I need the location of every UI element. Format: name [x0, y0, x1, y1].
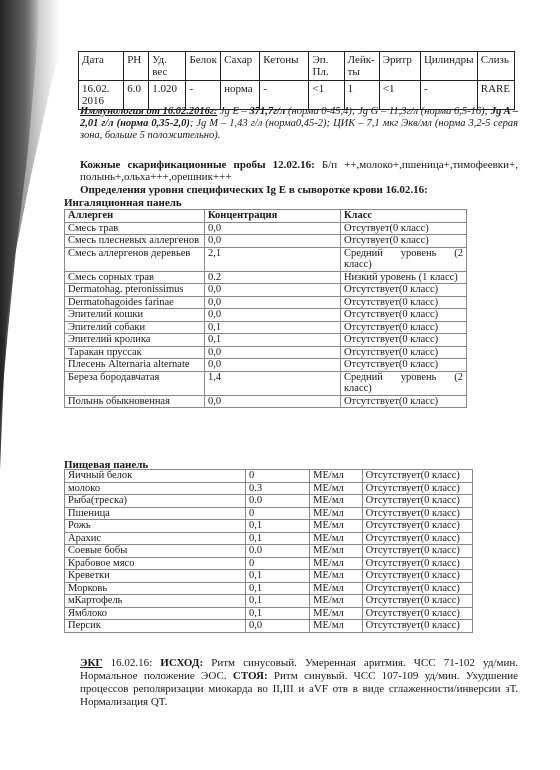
table-cell: 0: [245, 557, 309, 570]
table-cell: Плесень Alternaria alternate: [65, 359, 205, 372]
table-cell: Концентрация: [204, 210, 340, 223]
table-cell: 0,1: [245, 582, 309, 595]
table-cell: Отсутствует(0 класс): [340, 359, 466, 372]
table-cell: Морковь: [65, 582, 246, 595]
table-cell: Отсутствует(0 класс): [362, 495, 472, 508]
table-cell: 0,0: [204, 309, 340, 322]
table-cell: 0,1: [245, 570, 309, 583]
table-cell: молоко: [65, 482, 246, 495]
table-row: Персик0,0МЕ/млОтсутствует(0 класс): [65, 620, 473, 633]
table-row: Полынь обыкновенная0,0Отсутствует(0 клас…: [65, 395, 467, 408]
table-cell: 0,0: [245, 620, 309, 633]
table-cell: МЕ/мл: [310, 520, 363, 533]
table-cell: 2,1: [204, 247, 340, 271]
table-cell: Ямблоко: [65, 607, 246, 620]
table-cell: МЕ/мл: [310, 570, 363, 583]
table-row: Эпителий кролика0,1Отсутствует(0 класс): [65, 334, 467, 347]
table-row: Dermatohagoides farinae0,0Отсутствует(0 …: [65, 296, 467, 309]
table-cell: Отсутствует(0 класс): [362, 582, 472, 595]
table-cell: Кетоны: [260, 52, 309, 81]
specific-ige-title: Определения уровня специфических Ig E в …: [80, 184, 518, 196]
table-cell: Уд. вес: [149, 52, 186, 81]
table-cell: МЕ/мл: [310, 545, 363, 558]
table-cell: Цилиндры: [420, 52, 477, 81]
table-cell: 0.0: [245, 545, 309, 558]
table-cell: Креветки: [65, 570, 246, 583]
table-cell: Отсутствует(0 класс): [340, 309, 466, 322]
inhalation-panel-title: Ингаляционная панель: [64, 197, 182, 209]
table-cell: Эпителий собаки: [65, 321, 205, 334]
table-row: Эпителий кошки0,0Отсутствует(0 класс): [65, 309, 467, 322]
table-cell: Сахар: [221, 52, 260, 81]
table-cell: 0.3: [245, 482, 309, 495]
ecg-paragraph: ЭКГ 16.02.16: ИСХОД: Ритм синусовый. Уме…: [80, 657, 518, 709]
table-cell: Эритр: [379, 52, 420, 81]
skin-tests-paragraph: Кожные скарификационные пробы 12.02.16: …: [80, 159, 518, 183]
table-cell: МЕ/мл: [310, 620, 363, 633]
table-cell: Персик: [65, 620, 246, 633]
table-row: Таракан пруссак0,0Отсутствует(0 класс): [65, 346, 467, 359]
table-cell: Белок: [186, 52, 221, 81]
table-row: Береза бородавчатая1,4Средний уровень (2…: [65, 371, 467, 395]
table-row: Яичный белок0МЕ/млОтсутствует(0 класс): [65, 470, 473, 483]
table-cell: 0: [245, 470, 309, 483]
table-cell: 0,1: [245, 607, 309, 620]
table-cell: 0,0: [204, 346, 340, 359]
table-cell: Отсутствует(0 класс): [362, 545, 472, 558]
table-cell: PH: [124, 52, 149, 81]
table-cell: Лейк-ты: [344, 52, 379, 81]
table-header-row: АллергенКонцентрацияКласс: [65, 210, 467, 223]
table-cell: Арахис: [65, 532, 246, 545]
table-row: Морковь0,1МЕ/млОтсутствует(0 класс): [65, 582, 473, 595]
table-cell: Отсутвует(0 класс): [340, 222, 466, 235]
table-row: Креветки0,1МЕ/млОтсутствует(0 класс): [65, 570, 473, 583]
table-cell: Пшеница: [65, 507, 246, 520]
table-cell: Отсутствует(0 класс): [340, 284, 466, 297]
table-cell: Соевые бобы: [65, 545, 246, 558]
table-cell: Отсутствует(0 класс): [362, 507, 472, 520]
table-cell: Эпителий кролика: [65, 334, 205, 347]
table-row: Арахис0,1МЕ/млОтсутствует(0 класс): [65, 532, 473, 545]
table-cell: Средний уровень (2 класс): [340, 247, 466, 271]
table-cell: МЕ/мл: [310, 470, 363, 483]
table-cell: МЕ/мл: [310, 595, 363, 608]
table-cell: 0: [245, 507, 309, 520]
table-cell: МЕ/мл: [310, 482, 363, 495]
table-cell: Отсутствует(0 класс): [340, 334, 466, 347]
table-cell: 0,1: [245, 595, 309, 608]
table-cell: Смесь сорных трав: [65, 271, 205, 284]
table-cell: Dermatohagoides farinae: [65, 296, 205, 309]
table-cell: Крабовое мясо: [65, 557, 246, 570]
table-row: Ямблоко0,1МЕ/млОтсутствует(0 класс): [65, 607, 473, 620]
table-cell: Отсутствует(0 класс): [362, 520, 472, 533]
table-row: Смесь плесневых аллергенов0,0Отсутвует(0…: [65, 235, 467, 248]
table-row: мКартофель0,1МЕ/млОтсутствует(0 класс): [65, 595, 473, 608]
table-cell: 0.0: [245, 495, 309, 508]
skin-tests-label: Кожные скарификационные пробы 12.02.16:: [80, 159, 315, 171]
table-cell: 0,1: [245, 520, 309, 533]
table-cell: Отсутствует(0 класс): [362, 482, 472, 495]
table-cell: Рожь: [65, 520, 246, 533]
table-cell: 0,0: [204, 395, 340, 408]
table-row: молоко0.3МЕ/млОтсутствует(0 класс): [65, 482, 473, 495]
table-row: Рожь0,1МЕ/млОтсутствует(0 класс): [65, 520, 473, 533]
urine-test-table: ДатаPHУд. весБелокСахарКетоныЭп. Пл.Лейк…: [78, 51, 515, 110]
food-panel-table: Яичный белок0МЕ/млОтсутствует(0 класс)мо…: [64, 469, 473, 633]
table-cell: Эп. Пл.: [309, 52, 344, 81]
table-row: Смесь трав0,0Отсутвует(0 класс): [65, 222, 467, 235]
table-cell: МЕ/мл: [310, 557, 363, 570]
table-cell: 0.2: [204, 271, 340, 284]
table-row: Соевые бобы0.0МЕ/млОтсутствует(0 класс): [65, 545, 473, 558]
table-cell: Низкий уровень (1 класс): [340, 271, 466, 284]
table-row: Смесь аллергенов деревьев2,1Средний уров…: [65, 247, 467, 271]
table-cell: Эпителий кошки: [65, 309, 205, 322]
table-cell: Средний уровень (2 класс): [340, 371, 466, 395]
table-row: Эпителий собаки0,1Отсутствует(0 класс): [65, 321, 467, 334]
table-cell: Отсутствует(0 класс): [362, 557, 472, 570]
table-cell: Аллерген: [65, 210, 205, 223]
table-cell: МЕ/мл: [310, 495, 363, 508]
table-cell: Отсутствует(0 класс): [340, 296, 466, 309]
table-row: Dermatohag. pteronissimus0,0Отсутствует(…: [65, 284, 467, 297]
table-cell: Береза бородавчатая: [65, 371, 205, 395]
table-cell: Отсутствует(0 класс): [340, 321, 466, 334]
table-cell: 0,0: [204, 284, 340, 297]
table-cell: Класс: [340, 210, 466, 223]
table-cell: 0,1: [204, 321, 340, 334]
table-cell: Отсутствует(0 класс): [362, 570, 472, 583]
table-row: Рыба(треска)0.0МЕ/млОтсутствует(0 класс): [65, 495, 473, 508]
ige-value: 371,7г/л: [250, 106, 286, 117]
table-cell: Смесь аллергенов деревьев: [65, 247, 205, 271]
table-cell: Отсутствует(0 класс): [362, 595, 472, 608]
table-cell: Таракан пруссак: [65, 346, 205, 359]
table-row: Крабовое мясо0МЕ/млОтсутствует(0 класс): [65, 557, 473, 570]
table-cell: Отсутствует(0 класс): [340, 346, 466, 359]
table-row: Смесь сорных трав0.2Низкий уровень (1 кл…: [65, 271, 467, 284]
table-row: Плесень Alternaria alternate0,0Отсутству…: [65, 359, 467, 372]
table-cell: Отсутствует(0 класс): [362, 607, 472, 620]
table-cell: 1,4: [204, 371, 340, 395]
table-cell: Полынь обыкновенная: [65, 395, 205, 408]
inhalation-panel-table: АллергенКонцентрацияКлассСмесь трав0,0От…: [64, 209, 467, 408]
table-row: Пшеница0МЕ/млОтсутствует(0 класс): [65, 507, 473, 520]
table-cell: Смесь плесневых аллергенов: [65, 235, 205, 248]
table-cell: Отсутствует(0 класс): [362, 470, 472, 483]
table-cell: Отсутвует(0 класс): [340, 235, 466, 248]
table-cell: 0,0: [204, 296, 340, 309]
table-cell: Отсутствует(0 класс): [362, 532, 472, 545]
table-cell: 0,1: [204, 334, 340, 347]
table-cell: Dermatohag. pteronissimus: [65, 284, 205, 297]
immunology-label: Иммунология от 16.02.2016г:: [80, 106, 217, 117]
scanned-document-page: ДатаPHУд. весБелокСахарКетоныЭп. Пл.Лейк…: [0, 0, 560, 770]
immunology-paragraph: Иммунология от 16.02.2016г: Jg E – 371,7…: [80, 106, 518, 142]
table-cell: 0,0: [204, 359, 340, 372]
table-cell: МЕ/мл: [310, 607, 363, 620]
table-cell: Рыба(треска): [65, 495, 246, 508]
table-cell: МЕ/мл: [310, 507, 363, 520]
table-cell: Смесь трав: [65, 222, 205, 235]
table-cell: Отсутствует(0 класс): [362, 620, 472, 633]
table-cell: мКартофель: [65, 595, 246, 608]
table-cell: Дата: [79, 52, 124, 81]
table-cell: Яичный белок: [65, 470, 246, 483]
table-cell: 0,0: [204, 235, 340, 248]
table-cell: Слизь: [477, 52, 514, 81]
table-cell: МЕ/мл: [310, 582, 363, 595]
table-cell: 0,1: [245, 532, 309, 545]
table-header-row: ДатаPHУд. весБелокСахарКетоныЭп. Пл.Лейк…: [79, 52, 515, 81]
ecg-label: ЭКГ: [80, 657, 102, 669]
table-cell: 0,0: [204, 222, 340, 235]
table-cell: МЕ/мл: [310, 532, 363, 545]
table-cell: Отсутствует(0 класс): [340, 395, 466, 408]
